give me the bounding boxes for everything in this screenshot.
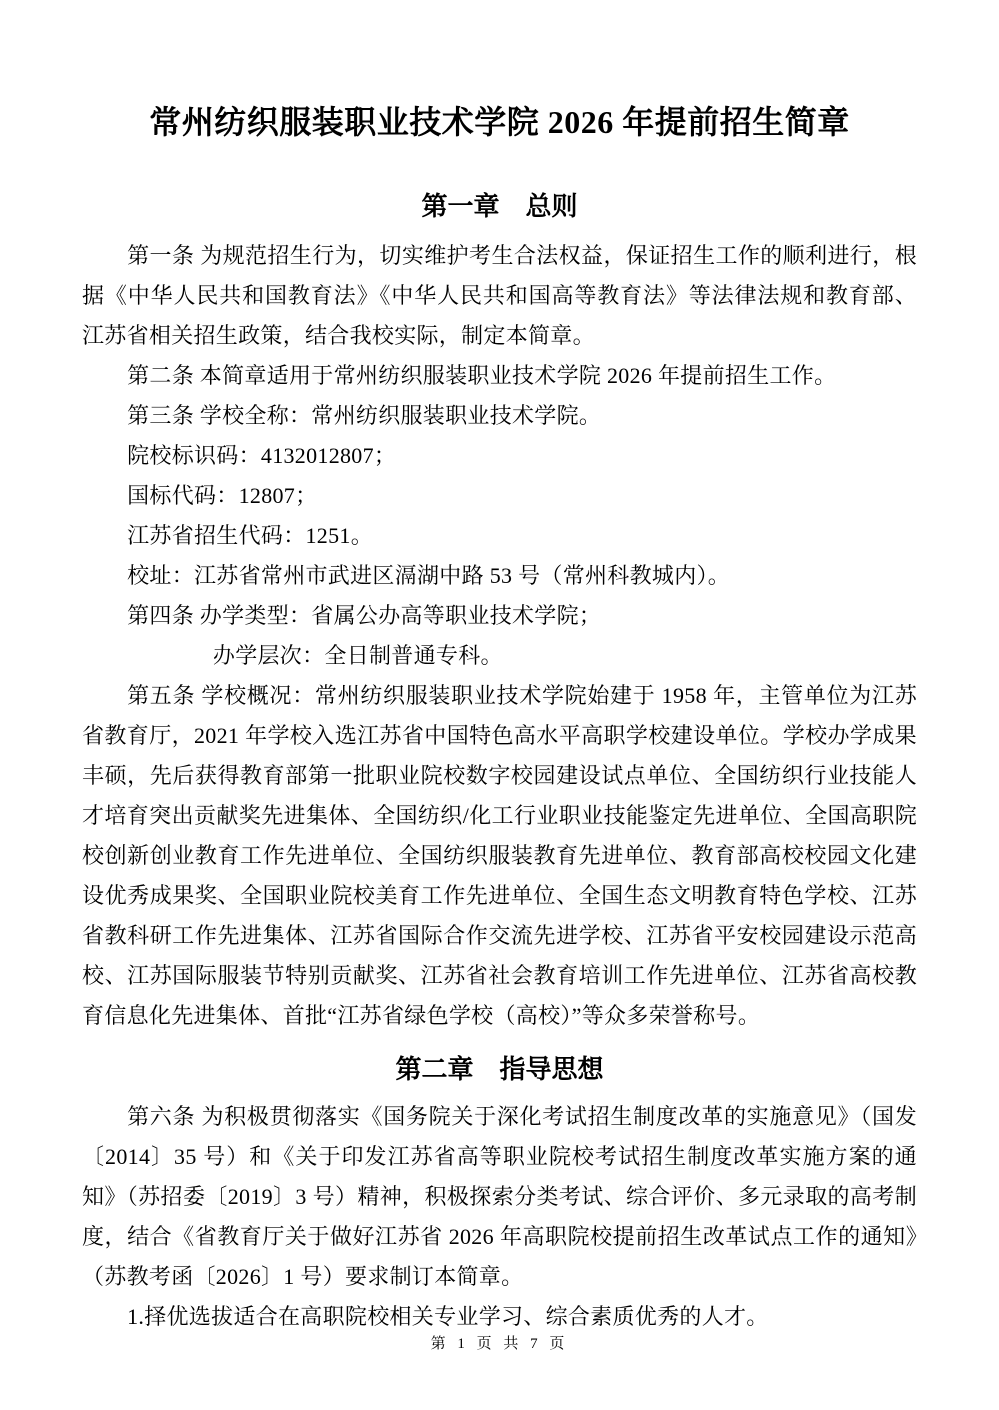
paragraph: 国标代码：12807； [82, 476, 917, 516]
paragraph: 江苏省招生代码：1251。 [82, 516, 917, 556]
page-number-footer: 第 1 页 共 7 页 [0, 1332, 999, 1353]
paragraph: 办学层次：全日制普通专科。 [82, 636, 917, 676]
chapter-2-section: 第二章 指导思想 第六条 为积极贯彻落实《国务院关于深化考试招生制度改革的实施意… [82, 1054, 917, 1337]
paragraph: 第五条 学校概况：常州纺织服装职业技术学院始建于 1958 年，主管单位为江苏省… [82, 676, 917, 1036]
paragraph: 第一条 为规范招生行为，切实维护考生合法权益，保证招生工作的顺利进行，根据《中华… [82, 236, 917, 356]
paragraph: 第六条 为积极贯彻落实《国务院关于深化考试招生制度改革的实施意见》（国发〔201… [82, 1097, 917, 1297]
paragraph: 校址：江苏省常州市武进区滆湖中路 53 号（常州科教城内）。 [82, 556, 917, 596]
document-title: 常州纺织服装职业技术学院 2026 年提前招生简章 [82, 0, 917, 141]
document-page: 常州纺织服装职业技术学院 2026 年提前招生简章 第一章 总则 第一条 为规范… [0, 0, 999, 1410]
chapter-2-heading: 第二章 指导思想 [82, 1054, 917, 1085]
document-content: 常州纺织服装职业技术学院 2026 年提前招生简章 第一章 总则 第一条 为规范… [82, 0, 917, 1337]
paragraph: 第二条 本简章适用于常州纺织服装职业技术学院 2026 年提前招生工作。 [82, 356, 917, 396]
paragraph: 院校标识码：4132012807； [82, 436, 917, 476]
paragraph: 第三条 学校全称：常州纺织服装职业技术学院。 [82, 396, 917, 436]
paragraph: 第四条 办学类型：省属公办高等职业技术学院； [82, 596, 917, 636]
chapter-1-heading: 第一章 总则 [82, 191, 917, 222]
chapter-1-section: 第一章 总则 第一条 为规范招生行为，切实维护考生合法权益，保证招生工作的顺利进… [82, 191, 917, 1036]
